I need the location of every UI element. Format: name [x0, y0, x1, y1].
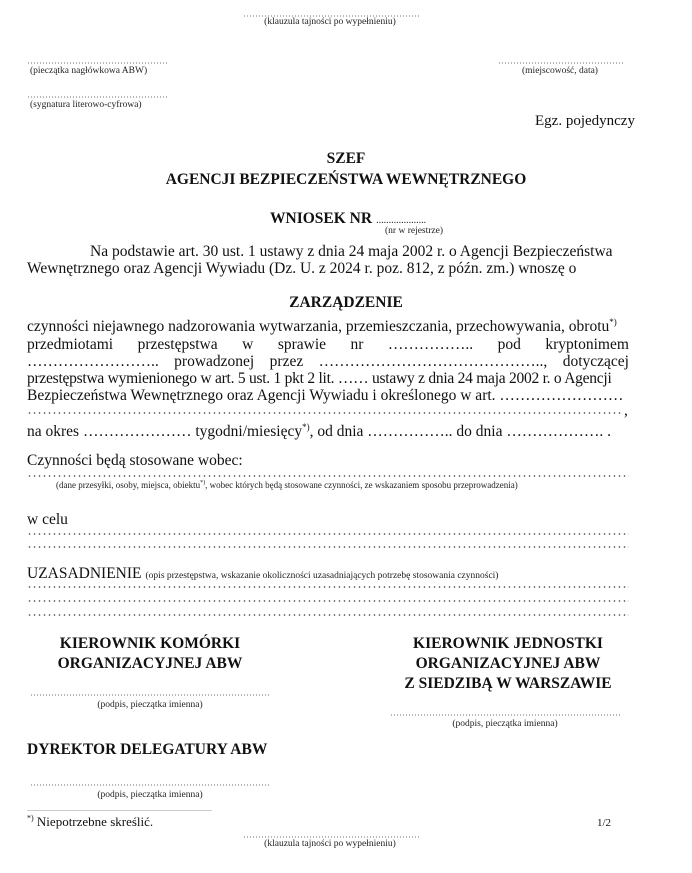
footnote-text: Niepotrzebne skreślić. [37, 814, 153, 829]
director-signature-caption: (podpis, pieczątka imienna) [30, 790, 270, 800]
left-signature-line[interactable] [30, 694, 270, 696]
justification-field-2[interactable] [27, 600, 629, 602]
footnote-ref: *) [302, 422, 310, 432]
footnote-ref: *) [609, 317, 617, 327]
target-field[interactable] [27, 475, 629, 477]
place-date-line[interactable] [498, 62, 623, 64]
right-signature-caption: (podpis, pieczątka imienna) [390, 719, 620, 729]
order-word: przedmiotami [27, 336, 113, 353]
period-row[interactable]: na okres ………………… tygodni/miesięcy*), od … [27, 423, 611, 440]
order-word[interactable]: …………………….. [27, 353, 159, 370]
left-signature-caption: (podpis, pieczątka imienna) [30, 700, 270, 710]
top-clause-label: (klauzula tajności po wypełnieniu) [230, 17, 430, 27]
request-title: WNIOSEK NR [270, 210, 372, 227]
copy-label: Egz. pojedynczy [535, 113, 635, 130]
addressee-line-1: SZEF [0, 150, 692, 168]
bottom-clause-line[interactable] [243, 836, 419, 838]
bottom-clause-label: (klauzula tajności po wypełnieniu) [230, 839, 430, 849]
order-line-1-text: czynności niejawnego nadzorowania wytwar… [27, 318, 609, 335]
order-word: pod [498, 336, 521, 353]
signature-code-label: (sygnatura literowo-cyfrowa) [30, 100, 142, 110]
signature-code-line[interactable] [27, 96, 167, 98]
right-signature-line[interactable] [390, 714, 620, 716]
order-line-3[interactable]: ……………………..prowadzonejprzez……………………………………… [27, 353, 629, 370]
order-word: prowadzonej [174, 353, 254, 370]
left-title-line-1: KIEROWNIK KOMÓRKI [40, 634, 260, 654]
request-number-field[interactable]: .................... [376, 215, 426, 226]
right-title-line-3: Z SIEDZIBĄ W WARSZAWIE [393, 674, 623, 694]
period-unit: tygodni/miesięcy [195, 423, 302, 440]
addressee-line-2: AGENCJI BEZPIECZEŃSTWA WEWNĘTRZNEGO [0, 171, 692, 189]
order-word: sprawie [278, 336, 326, 353]
target-label: Czynności będą stosowane wobec: [27, 452, 243, 469]
justification-row: UZASADNIENIE (opis przestępstwa, wskazan… [27, 565, 498, 583]
order-word: dotyczącej [563, 353, 629, 370]
order-word: przez [270, 353, 304, 370]
footnote-mark: *) [27, 814, 34, 823]
intro-line-1: Na podstawie art. 30 ust. 1 ustawy z dni… [90, 243, 635, 260]
place-date-label: (miejscowość, data) [490, 66, 630, 76]
order-line-6-end: , [624, 402, 628, 419]
purpose-field-1[interactable] [27, 533, 629, 535]
justification-label: UZASADNIENIE [27, 565, 142, 582]
stamp-label: (pieczątka nagłówkowa ABW) [30, 66, 147, 76]
order-line-6-field[interactable] [27, 412, 622, 414]
period-dates[interactable]: , od dnia …………….. do dnia ………………. . [310, 423, 611, 440]
left-signatory-title: KIEROWNIK KOMÓRKI ORGANIZACYJNEJ ABW [40, 634, 260, 674]
director-title: DYREKTOR DELEGATURY ABW [27, 741, 267, 759]
order-line-4[interactable]: przestępstwa wymienionego w art. 5 ust. … [27, 370, 629, 387]
order-title: ZARZĄDZENIE [0, 294, 692, 312]
target-hint-suffix: , wobec których będą stosowane czynności… [205, 480, 518, 490]
order-word: kryptonimem [545, 336, 629, 353]
footnote: *) Niepotrzebne skreślić. [27, 814, 153, 830]
justification-field-3[interactable] [27, 614, 629, 616]
justification-field-1[interactable] [27, 586, 629, 588]
footnote-divider [27, 810, 212, 811]
order-line-5[interactable]: Bezpieczeństwa Wewnętrznego oraz Agencji… [27, 387, 623, 404]
right-signatory-title: KIEROWNIK JEDNOSTKI ORGANIZACYJNEJ ABW Z… [393, 634, 623, 694]
intro-line-2: Wewnętrznego oraz Agencji Wywiadu (Dz. U… [27, 260, 576, 277]
order-word: w [242, 336, 253, 353]
director-signature-line[interactable] [30, 784, 270, 786]
order-word[interactable]: …………….. [388, 336, 473, 353]
request-number-label: (nr w rejestrze) [385, 226, 443, 236]
order-line-2[interactable]: przedmiotamiprzestępstwawsprawienr…………….… [27, 336, 629, 353]
order-word: nr [351, 336, 364, 353]
right-title-line-1: KIEROWNIK JEDNOSTKI [393, 634, 623, 654]
order-line-1: czynności niejawnego nadzorowania wytwar… [27, 318, 617, 335]
stamp-line[interactable] [27, 62, 167, 64]
justification-hint: (opis przestępstwa, wskazanie okolicznoś… [146, 571, 499, 581]
purpose-label: w celu [27, 511, 68, 528]
target-hint: (dane przesyłki, osoby, miejsca, obiektu… [56, 480, 518, 490]
target-hint-prefix: (dane przesyłki, osoby, miejsca, obiektu [56, 480, 200, 490]
right-title-line-2: ORGANIZACYJNEJ ABW [393, 654, 623, 674]
page-number: 1/2 [597, 817, 611, 829]
order-word[interactable]: …………………………………….., [319, 353, 548, 370]
period-prefix[interactable]: na okres ………………… [27, 423, 191, 440]
purpose-field-2[interactable] [27, 546, 629, 548]
left-title-line-2: ORGANIZACYJNEJ ABW [40, 654, 260, 674]
order-word: przestępstwa [138, 336, 218, 353]
